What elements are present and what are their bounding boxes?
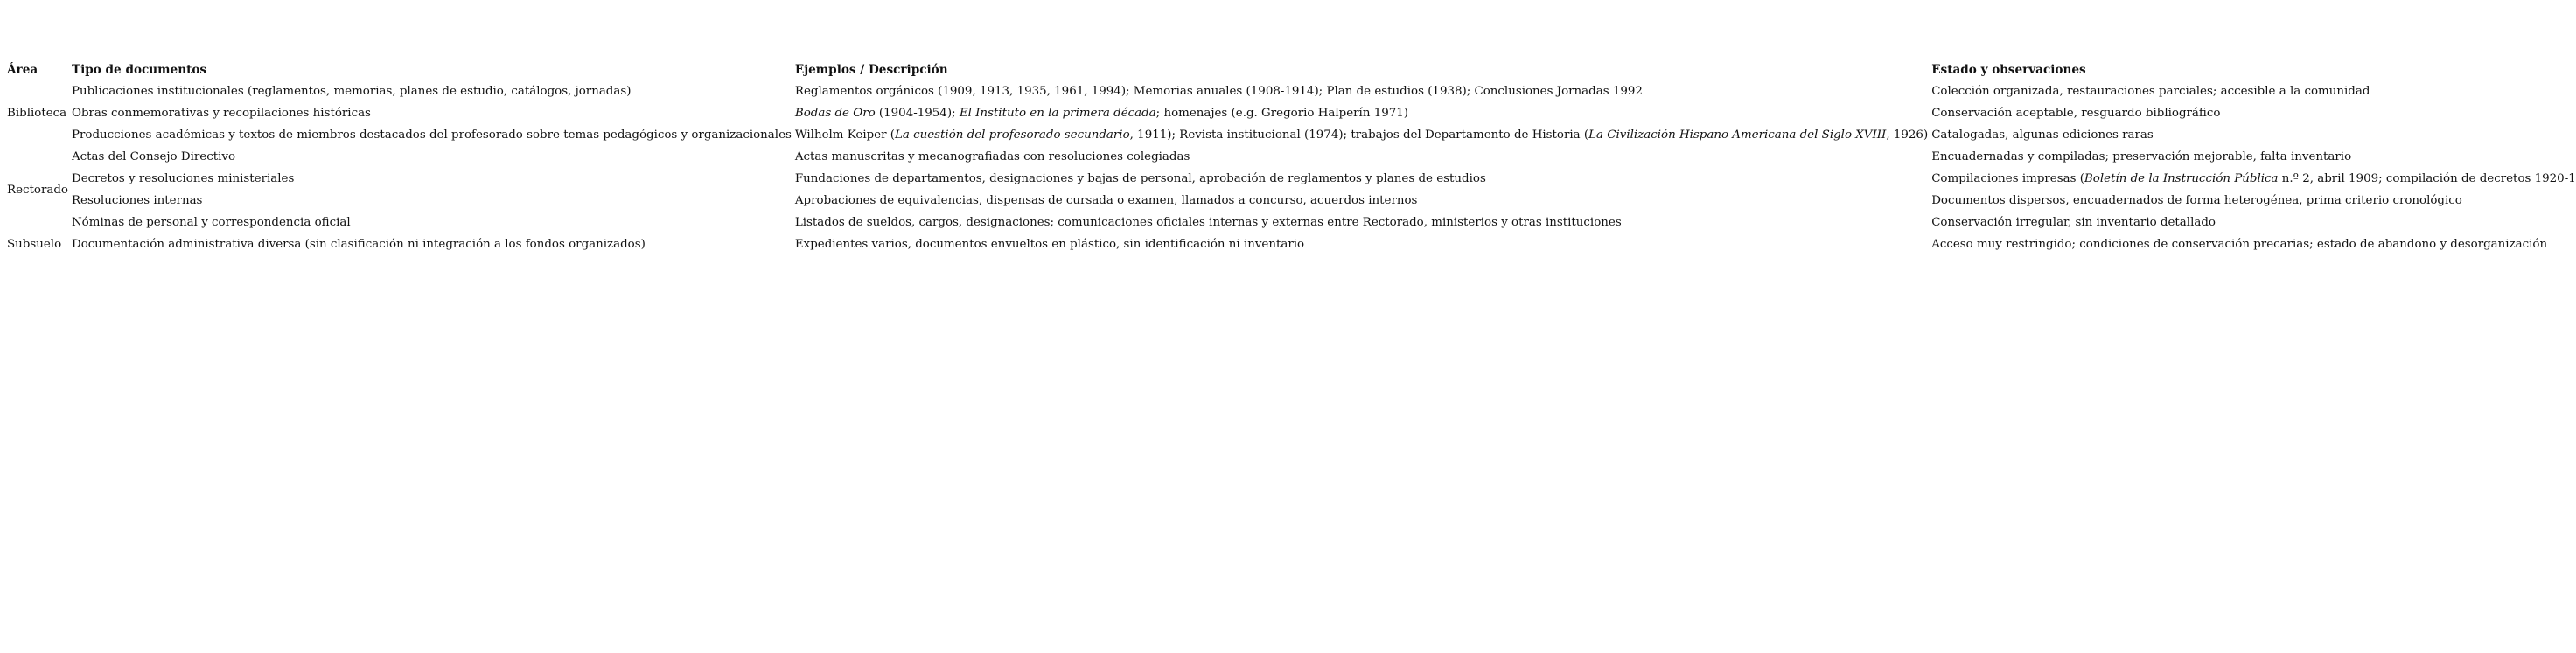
text-segment: Fundaciones de departamentos, designacio… bbox=[795, 172, 1486, 185]
ejemplos-cell: Wilhelm Keiper (La cuestión del profesor… bbox=[793, 125, 1930, 147]
table-row: BibliotecaPublicaciones institucionales … bbox=[5, 81, 2576, 103]
ejemplos-cell: Expedientes varios, documentos envueltos… bbox=[793, 234, 1930, 256]
ejemplos-cell: Listados de sueldos, cargos, designacion… bbox=[793, 212, 1930, 234]
ejemplos-cell: Fundaciones de departamentos, designacio… bbox=[793, 169, 1930, 191]
text-segment: Reglamentos orgánicos (1909, 1913, 1935,… bbox=[795, 85, 1643, 98]
italic-title: El Instituto en la primera década bbox=[960, 107, 1156, 120]
text-segment: , 1911); Revista institucional (1974); t… bbox=[1130, 129, 1588, 142]
tipo-cell: Resoluciones internas bbox=[70, 191, 793, 212]
text-segment: Acceso muy restringido; condiciones de c… bbox=[1931, 238, 2547, 251]
text-segment: Listados de sueldos, cargos, designacion… bbox=[795, 216, 1622, 229]
italic-title: Boletín de la Instrucción Pública bbox=[2084, 172, 2279, 185]
table-row: Decretos y resoluciones ministerialesFun… bbox=[5, 169, 2576, 191]
estado-cell: Catalogadas, algunas ediciones raras bbox=[1930, 125, 2576, 147]
ejemplos-cell: Aprobaciones de equivalencias, dispensas… bbox=[793, 191, 1930, 212]
text-segment: , 1926) bbox=[1886, 129, 1928, 142]
ejemplos-cell: Bodas de Oro (1904-1954); El Instituto e… bbox=[793, 103, 1930, 125]
documents-table: Área Tipo de documentos Ejemplos / Descr… bbox=[5, 59, 2576, 256]
text-segment: Conservación irregular, sin inventario d… bbox=[1931, 216, 2216, 229]
table-row: Nóminas de personal y correspondencia of… bbox=[5, 212, 2576, 234]
text-segment: (1904-1954); bbox=[876, 107, 960, 120]
text-segment: ; homenajes (e.g. Gregorio Halperín 1971… bbox=[1156, 107, 1408, 120]
tipo-cell: Nóminas de personal y correspondencia of… bbox=[70, 212, 793, 234]
area-cell: Rectorado bbox=[5, 147, 70, 234]
text-segment: Colección organizada, restauraciones par… bbox=[1931, 85, 2370, 98]
text-segment: Documentos dispersos, encuadernados de f… bbox=[1931, 194, 2462, 207]
estado-cell: Documentos dispersos, encuadernados de f… bbox=[1930, 191, 2576, 212]
area-cell: Biblioteca bbox=[5, 81, 70, 147]
italic-title: Bodas de Oro bbox=[795, 107, 876, 120]
tipo-cell: Publicaciones institucionales (reglament… bbox=[70, 81, 793, 103]
estado-cell: Conservación irregular, sin inventario d… bbox=[1930, 212, 2576, 234]
text-segment: Wilhelm Keiper ( bbox=[795, 129, 895, 142]
table-body: BibliotecaPublicaciones institucionales … bbox=[5, 81, 2576, 256]
table-row: Producciones académicas y textos de miem… bbox=[5, 125, 2576, 147]
header-area: Área bbox=[5, 59, 70, 81]
tipo-cell: Producciones académicas y textos de miem… bbox=[70, 125, 793, 147]
estado-cell: Colección organizada, restauraciones par… bbox=[1930, 81, 2576, 103]
table-row: Resoluciones internasAprobaciones de equ… bbox=[5, 191, 2576, 212]
text-segment: Catalogadas, algunas ediciones raras bbox=[1931, 129, 2154, 142]
ejemplos-cell: Reglamentos orgánicos (1909, 1913, 1935,… bbox=[793, 81, 1930, 103]
ejemplos-cell: Actas manuscritas y mecanografiadas con … bbox=[793, 147, 1930, 169]
text-segment: Aprobaciones de equivalencias, dispensas… bbox=[795, 194, 1418, 207]
header-tipo: Tipo de documentos bbox=[70, 59, 793, 81]
tipo-cell: Documentación administrativa diversa (si… bbox=[70, 234, 793, 256]
area-cell: Subsuelo bbox=[5, 234, 70, 256]
table-header-row: Área Tipo de documentos Ejemplos / Descr… bbox=[5, 59, 2576, 81]
table-row: SubsueloDocumentación administrativa div… bbox=[5, 234, 2576, 256]
text-segment: n.º 2, abril 1909; compilación de decret… bbox=[2279, 172, 2576, 185]
tipo-cell: Obras conmemorativas y recopilaciones hi… bbox=[70, 103, 793, 125]
estado-cell: Acceso muy restringido; condiciones de c… bbox=[1930, 234, 2576, 256]
text-segment: Expedientes varios, documentos envueltos… bbox=[795, 238, 1304, 251]
estado-cell: Conservación aceptable, resguardo biblio… bbox=[1930, 103, 2576, 125]
tipo-cell: Decretos y resoluciones ministeriales bbox=[70, 169, 793, 191]
header-estado: Estado y observaciones bbox=[1930, 59, 2576, 81]
text-segment: Actas manuscritas y mecanografiadas con … bbox=[795, 150, 1190, 163]
text-segment: Compilaciones impresas ( bbox=[1931, 172, 2084, 185]
table-row: RectoradoActas del Consejo DirectivoActa… bbox=[5, 147, 2576, 169]
text-segment: Conservación aceptable, resguardo biblio… bbox=[1931, 107, 2220, 120]
tipo-cell: Actas del Consejo Directivo bbox=[70, 147, 793, 169]
italic-title: La cuestión del profesorado secundario bbox=[895, 129, 1130, 142]
estado-cell: Compilaciones impresas (Boletín de la In… bbox=[1930, 169, 2576, 191]
estado-cell: Encuadernadas y compiladas; preservación… bbox=[1930, 147, 2576, 169]
text-segment: Encuadernadas y compiladas; preservación… bbox=[1931, 150, 2351, 163]
italic-title: La Civilización Hispano Americana del Si… bbox=[1588, 129, 1886, 142]
table-row: Obras conmemorativas y recopilaciones hi… bbox=[5, 103, 2576, 125]
header-ejemplos: Ejemplos / Descripción bbox=[793, 59, 1930, 81]
